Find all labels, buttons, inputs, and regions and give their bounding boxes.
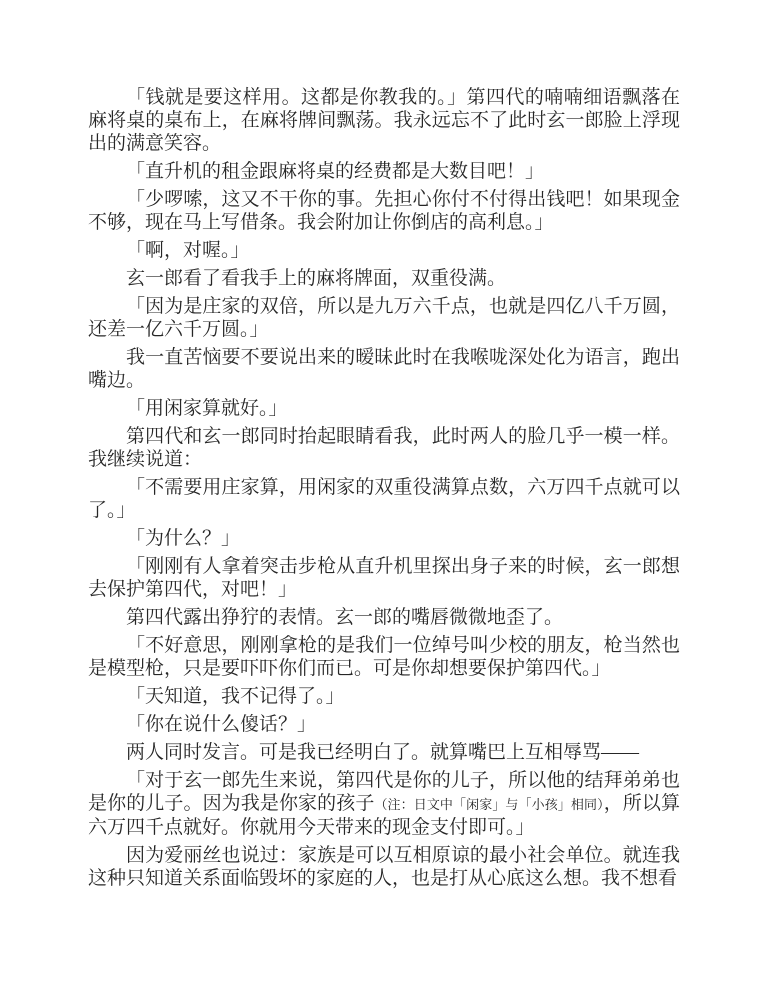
paragraph-text: 「为什么？」 bbox=[126, 528, 240, 549]
paragraph: 因为爱丽丝也说过：家族是可以互相原谅的最小社会单位。就连我这种只知道关系面临毁坏… bbox=[88, 844, 680, 890]
paragraph-text: 「你在说什么傻话？」 bbox=[126, 714, 316, 735]
paragraph: 两人同时发言。可是我已经明白了。就算嘴巴上互相辱骂—— bbox=[88, 741, 680, 764]
book-page: 「钱就是要这样用。这都是你教我的。」第四代的喃喃细语飘落在麻将桌的桌布上，在麻将… bbox=[0, 0, 765, 990]
paragraph: 「直升机的租金跟麻将桌的经费都是大数目吧！」 bbox=[88, 160, 680, 183]
inline-annotation: （注：日文中「闲家」与「小孩」相同） bbox=[374, 797, 603, 812]
paragraph: 「不好意思，刚刚拿枪的是我们一位绰号叫少校的朋友，枪当然也是模型枪，只是要吓吓你… bbox=[88, 634, 680, 680]
paragraph-text: 「用闲家算就好。」 bbox=[126, 398, 288, 419]
paragraph-text: 「因为是庄家的双倍，所以是九万六千点，也就是四亿八千万圆，还差一亿六千万圆。」 bbox=[88, 296, 680, 340]
paragraph: 第四代露出狰狞的表情。玄一郎的嘴唇微微地歪了。 bbox=[88, 606, 680, 629]
paragraph-text: 「钱就是要这样用。这都是你教我的。」第四代的喃喃细语飘落在麻将桌的桌布上，在麻将… bbox=[88, 87, 680, 154]
paragraph-text: 因为爱丽丝也说过：家族是可以互相原谅的最小社会单位。就连我这种只知道关系面临毁坏… bbox=[88, 845, 680, 889]
paragraph-text: 第四代露出狰狞的表情。玄一郎的嘴唇微微地歪了。 bbox=[126, 607, 563, 628]
paragraph-text: 两人同时发言。可是我已经明白了。就算嘴巴上互相辱骂—— bbox=[126, 742, 639, 763]
paragraph: 「因为是庄家的双倍，所以是九万六千点，也就是四亿八千万圆，还差一亿六千万圆。」 bbox=[88, 295, 680, 341]
paragraph: 我一直苦恼要不要说出来的暧昧此时在我喉咙深处化为语言，跑出嘴边。 bbox=[88, 346, 680, 392]
paragraph: 「你在说什么傻话？」 bbox=[88, 713, 680, 736]
paragraph-text: 「不好意思，刚刚拿枪的是我们一位绰号叫少校的朋友，枪当然也是模型枪，只是要吓吓你… bbox=[88, 635, 680, 679]
paragraph: 「对于玄一郎先生来说，第四代是你的儿子，所以他的结拜弟弟也是你的儿子。因为我是你… bbox=[88, 769, 680, 839]
paragraph: 玄一郎看了看我手上的麻将牌面，双重役满。 bbox=[88, 267, 680, 290]
paragraph: 「天知道，我不记得了。」 bbox=[88, 685, 680, 708]
paragraph-text: 「少啰嗦，这又不干你的事。先担心你付不付得出钱吧！如果现金不够，现在马上写借条。… bbox=[88, 189, 680, 233]
paragraph: 「钱就是要这样用。这都是你教我的。」第四代的喃喃细语飘落在麻将桌的桌布上，在麻将… bbox=[88, 86, 680, 155]
paragraph: 第四代和玄一郎同时抬起眼睛看我，此时两人的脸几乎一模一样。我继续说道： bbox=[88, 425, 680, 471]
paragraph-text: 「直升机的租金跟麻将桌的经费都是大数目吧！」 bbox=[126, 161, 544, 182]
paragraph: 「啊，对喔。」 bbox=[88, 239, 680, 262]
paragraph: 「用闲家算就好。」 bbox=[88, 397, 680, 420]
paragraph: 「不需要用庄家算，用闲家的双重役满算点数，六万四千点就可以了。」 bbox=[88, 476, 680, 522]
paragraph-text: 「天知道，我不记得了。」 bbox=[126, 686, 345, 707]
paragraph-text: 我一直苦恼要不要说出来的暧昧此时在我喉咙深处化为语言，跑出嘴边。 bbox=[88, 347, 680, 391]
paragraph-text: 玄一郎看了看我手上的麻将牌面，双重役满。 bbox=[126, 268, 506, 289]
paragraph-text: 「不需要用庄家算，用闲家的双重役满算点数，六万四千点就可以了。」 bbox=[88, 477, 680, 521]
paragraph: 「为什么？」 bbox=[88, 527, 680, 550]
paragraph: 「少啰嗦，这又不干你的事。先担心你付不付得出钱吧！如果现金不够，现在马上写借条。… bbox=[88, 188, 680, 234]
paragraph-text: 第四代和玄一郎同时抬起眼睛看我，此时两人的脸几乎一模一样。我继续说道： bbox=[88, 426, 680, 470]
paragraph: 「刚刚有人拿着突击步枪从直升机里探出身子来的时候，玄一郎想去保护第四代，对吧！」 bbox=[88, 555, 680, 601]
paragraph-text: 「刚刚有人拿着突击步枪从直升机里探出身子来的时候，玄一郎想去保护第四代，对吧！」 bbox=[88, 556, 680, 600]
paragraph-text: 「啊，对喔。」 bbox=[126, 240, 250, 261]
page-text-column: 「钱就是要这样用。这都是你教我的。」第四代的喃喃细语飘落在麻将桌的桌布上，在麻将… bbox=[88, 86, 680, 890]
